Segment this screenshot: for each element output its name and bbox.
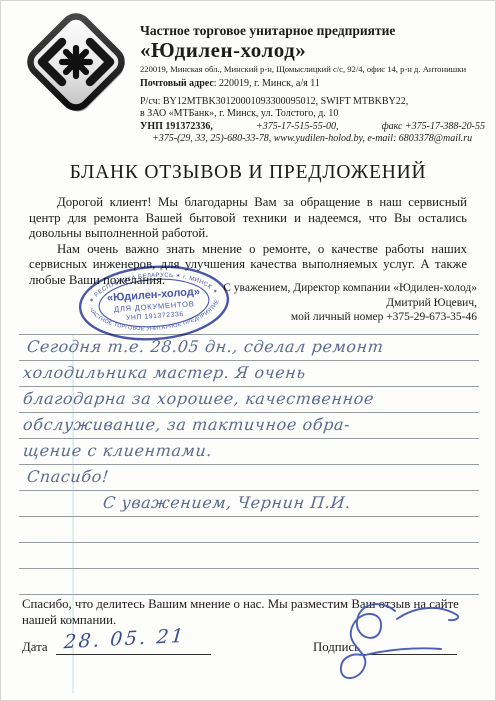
signoff-line: С уважением, Директор компании «Юдилен-х… bbox=[197, 281, 477, 296]
handwritten-line: обслуживание, за тактичное обра- bbox=[18, 413, 481, 437]
signoff-line: мой личный номер +375-29-673-35-46 bbox=[197, 310, 477, 325]
letterhead: Частное торговое унитарное предприятие «… bbox=[140, 23, 492, 145]
ruled-line: холодильника мастер. Я очень bbox=[19, 361, 479, 387]
org-name: «Юдилен-холод» bbox=[140, 39, 492, 62]
ruled-line: С уважением, Чернин П.И. bbox=[19, 491, 479, 517]
page-title: БЛАНК ОТЗЫВОВ И ПРЕДЛОЖЕНИЙ bbox=[1, 162, 495, 184]
web-email: www.yudilen-holod.by, e-mail: 6803378@ma… bbox=[274, 133, 472, 144]
fax-number: факс +375-17-388-20-55 bbox=[382, 120, 485, 133]
postal-address: Почтовый адрес: 220019, г. Минск, а/я 11 bbox=[140, 78, 492, 90]
bank-account: Р/сч: BY12MTBK30120001093300095012, SWIF… bbox=[140, 96, 492, 108]
company-stamp: ✶ РЕСПУБЛИКА БЕЛАРУСЬ ✶ г. МИНСК ✶ ЧАСТН… bbox=[72, 258, 235, 349]
snowflake-icon bbox=[62, 48, 90, 76]
director-signoff: С уважением, Директор компании «Юдилен-х… bbox=[197, 281, 477, 325]
org-address: 220019, Минская обл., Минский р-н, Щомыс… bbox=[140, 64, 492, 75]
feedback-form-document: Частное торговое унитарное предприятие «… bbox=[0, 0, 496, 701]
phones-extra: +375-(29, 33, 25)-680-33-78, bbox=[152, 133, 271, 144]
ruled-writing-area: Сегодня т.е. 28.05 дн., сделал ремонт хо… bbox=[19, 334, 479, 595]
handwritten-line: благодарна за хорошее, качественное bbox=[18, 387, 481, 411]
ruled-line-empty bbox=[19, 517, 479, 543]
handwritten-line: С уважением, Чернин П.И. bbox=[18, 491, 481, 515]
ruled-line-empty bbox=[19, 543, 479, 569]
postal-value: : 220019, г. Минск, а/я 11 bbox=[214, 78, 320, 89]
handwritten-line: Спасибо! bbox=[18, 465, 481, 489]
postal-label: Почтовый адрес bbox=[140, 78, 214, 89]
handwritten-line: холодильника мастер. Я очень bbox=[18, 361, 481, 385]
paragraph: Дорогой клиент! Мы благодарны Вам за обр… bbox=[29, 195, 467, 242]
phones-web-email: +375-(29, 33, 25)-680-33-78, www.yudilen… bbox=[140, 133, 492, 145]
ruled-line: обслуживание, за тактичное обра- bbox=[19, 413, 479, 439]
date-blank-line: 28. 05. 21 bbox=[56, 634, 211, 655]
ruled-line: щение с клиентами. bbox=[19, 439, 479, 465]
unp-number: УНП 191372336, bbox=[140, 120, 213, 133]
unp-phone-row: УНП 191372336, +375-17-515-55-00, факс +… bbox=[140, 120, 485, 133]
signoff-line: Дмитрий Юцевич, bbox=[197, 296, 477, 311]
ruled-line: благодарна за хорошее, качественное bbox=[19, 387, 479, 413]
company-logo bbox=[15, 9, 137, 117]
org-type: Частное торговое унитарное предприятие bbox=[140, 23, 492, 39]
phone-main: +375-17-515-55-00, bbox=[256, 120, 339, 133]
bank-name: в ЗАО «МТБанк», г. Минск, ул. Толстого, … bbox=[140, 108, 492, 120]
handwritten-signature bbox=[299, 597, 467, 689]
handwritten-date: 28. 05. 21 bbox=[63, 625, 186, 654]
stamp-unp: УНП 191372336 bbox=[126, 311, 184, 322]
ruled-line: Спасибо! bbox=[19, 465, 479, 491]
date-label: Дата bbox=[22, 640, 48, 655]
ruled-line-empty bbox=[19, 569, 479, 595]
handwritten-line: щение с клиентами. bbox=[18, 439, 481, 463]
